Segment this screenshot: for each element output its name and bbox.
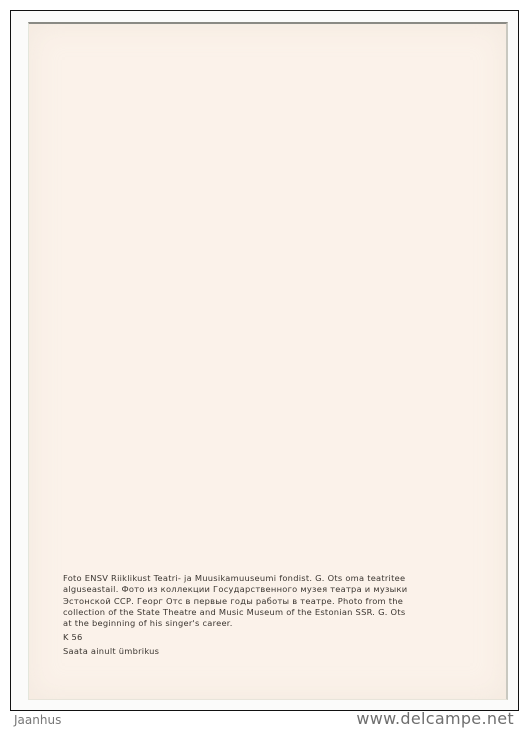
seller-name: Jaanhus xyxy=(14,713,61,727)
caption-line: collection of the State Theatre and Musi… xyxy=(63,607,481,618)
send-note: Saata ainult ümbrikus xyxy=(63,646,159,656)
postcard-code: K 56 xyxy=(63,632,82,642)
caption-line: at the beginning of his singer's career. xyxy=(63,618,481,629)
site-watermark: www.delcampe.net xyxy=(356,709,514,728)
caption-line: Эстонской ССР. Георг Отс в первые годы р… xyxy=(63,596,481,607)
postcard-caption: Foto ENSV Riiklikust Teatri- ja Muusikam… xyxy=(63,573,481,629)
caption-line: Foto ENSV Riiklikust Teatri- ja Muusikam… xyxy=(63,573,481,584)
caption-line: alguseastail. Фото из коллекции Государс… xyxy=(63,584,481,595)
